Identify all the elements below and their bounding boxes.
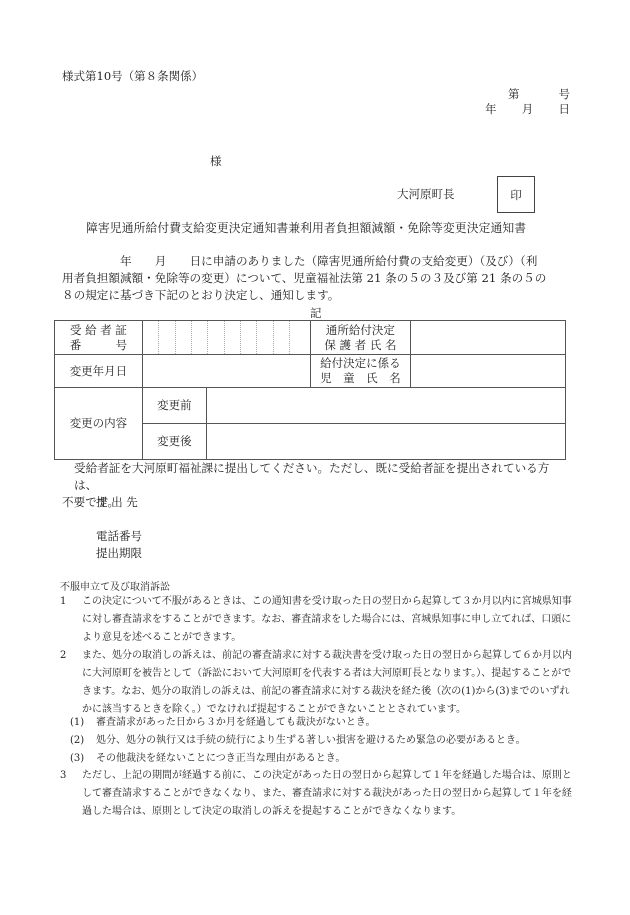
- label-line: 番 号: [55, 338, 142, 353]
- appeal-subitem: (3)その他裁決を経ないことにつき正当な理由があるとき。: [70, 749, 345, 764]
- subitem-text: 処分、処分の執行又は手続の続行により生ずる著しい損害を避けるため緊急の必要がある…: [96, 735, 526, 746]
- body-line-1: 年 月 日に申請のありました（障害児通所給付費の支給変更）（及び）（利: [62, 253, 572, 270]
- addressee-suffix: 様: [210, 153, 222, 169]
- item-number: 3: [60, 767, 66, 785]
- body-line-3: ８の規定に基づき下記のとおり決定し、通知します。: [62, 287, 572, 304]
- after-label: 変更後: [142, 424, 206, 460]
- phone-label: 電話番号: [96, 528, 142, 544]
- body-line-2: 用者負担額減額・免除等の変更）について、児童福祉法第 21 条の５の３及び第 2…: [62, 270, 572, 287]
- item-text: この決定について不服があるときは、この通知書を受け取った日の翌日から起算して３か…: [60, 593, 575, 647]
- guardian-name-field[interactable]: [411, 321, 566, 355]
- table-row: 受 給 者 証 番 号 通所給付決定 保 護 者 氏 名: [55, 321, 566, 355]
- document-number: 第 号: [508, 86, 570, 102]
- label-line: 通所給付決定: [311, 323, 411, 338]
- subitem-number: (2): [70, 735, 96, 746]
- seal-box: 印: [497, 176, 535, 213]
- appeal-item: 1 この決定について不服があるときは、この通知書を受け取った日の翌日から起算して…: [60, 593, 575, 647]
- item-text: また、処分の取消しの訴えは、前記の審査請求に対する裁決書を受け取った日の翌日から…: [60, 647, 575, 719]
- child-name-field[interactable]: [411, 355, 566, 388]
- item-number: 1: [60, 593, 66, 611]
- details-table: 受 給 者 証 番 号 通所給付決定 保 護 者 氏 名 変更年月日 給付決定に…: [54, 320, 566, 460]
- label-line: 受 給 者 証: [55, 323, 142, 338]
- child-label: 給付決定に係る 児 童 氏 名: [310, 355, 411, 388]
- seal-label: 印: [510, 187, 522, 203]
- form-number: 様式第10号（第８条関係）: [62, 68, 203, 84]
- label-line: 児 童 氏 名: [311, 371, 411, 386]
- label-line: 保 護 者 氏 名: [311, 338, 411, 353]
- notice-line-2: 不要です。: [62, 494, 572, 511]
- deadline-label: 提出期限: [96, 545, 142, 561]
- submission-notice: 受給者証を大河原町福祉課に提出してください。ただし、既に受給者証を提出されている…: [62, 460, 572, 511]
- subitem-text: 審査請求があった日から３か月を経過しても裁決がないとき。: [96, 717, 376, 728]
- label-line: 給付決定に係る: [311, 356, 411, 371]
- recipient-cert-number-field[interactable]: [142, 321, 310, 355]
- doc-number-prefix: 第: [508, 86, 520, 102]
- subitem-number: (3): [70, 753, 96, 764]
- appeal-subitem: (1)審査請求があった日から３か月を経過しても裁決がないとき。: [70, 713, 376, 728]
- document-date: 年 月 日: [485, 101, 570, 117]
- table-row: 変更年月日 給付決定に係る 児 童 氏 名: [55, 355, 566, 388]
- ki-heading: 記: [310, 305, 322, 321]
- before-field[interactable]: [206, 388, 565, 424]
- change-date-field[interactable]: [142, 355, 310, 388]
- appeal-subitem: (2)処分、処分の執行又は手続の続行により生ずる著しい損害を避けるため緊急の必要…: [70, 731, 526, 746]
- table-row: 変更の内容 変更前: [55, 388, 566, 424]
- appeal-item: 3 ただし、上記の期間が経過する前に、この決定があった日の翌日から起算して１年を…: [60, 767, 575, 821]
- date-year: 年: [485, 101, 497, 117]
- guardian-label: 通所給付決定 保 護 者 氏 名: [310, 321, 411, 355]
- document-title: 障害児通所給付費支給変更決定通知書兼利用者負担額減額・免除等変更決定通知書: [86, 219, 526, 236]
- doc-number-suffix: 号: [559, 86, 571, 102]
- digit-cells: [143, 321, 306, 354]
- before-label: 変更前: [142, 388, 206, 424]
- notice-line-1: 受給者証を大河原町福祉課に提出してください。ただし、既に受給者証を提出されている…: [62, 460, 572, 494]
- body-paragraph: 年 月 日に申請のありました（障害児通所給付費の支給変更）（及び）（利 用者負担…: [62, 253, 572, 304]
- appeal-section-title: 不服申立て及び取消訴訟: [60, 578, 170, 593]
- change-date-label: 変更年月日: [55, 355, 143, 388]
- item-text: ただし、上記の期間が経過する前に、この決定があった日の翌日から起算して１年を経過…: [60, 767, 575, 821]
- subitem-number: (1): [70, 717, 96, 728]
- date-month: 月: [522, 101, 534, 117]
- submit-to-label: 提 出 先: [96, 494, 138, 510]
- appeal-item: 2 また、処分の取消しの訴えは、前記の審査請求に対する裁決書を受け取った日の翌日…: [60, 647, 575, 719]
- change-content-label: 変更の内容: [55, 388, 143, 460]
- recipient-cert-label: 受 給 者 証 番 号: [55, 321, 143, 355]
- issuer-name: 大河原町長: [397, 186, 455, 202]
- item-number: 2: [60, 647, 66, 665]
- after-field[interactable]: [206, 424, 565, 460]
- subitem-text: その他裁決を経ないことにつき正当な理由があるとき。: [96, 753, 345, 764]
- date-day: 日: [559, 101, 571, 117]
